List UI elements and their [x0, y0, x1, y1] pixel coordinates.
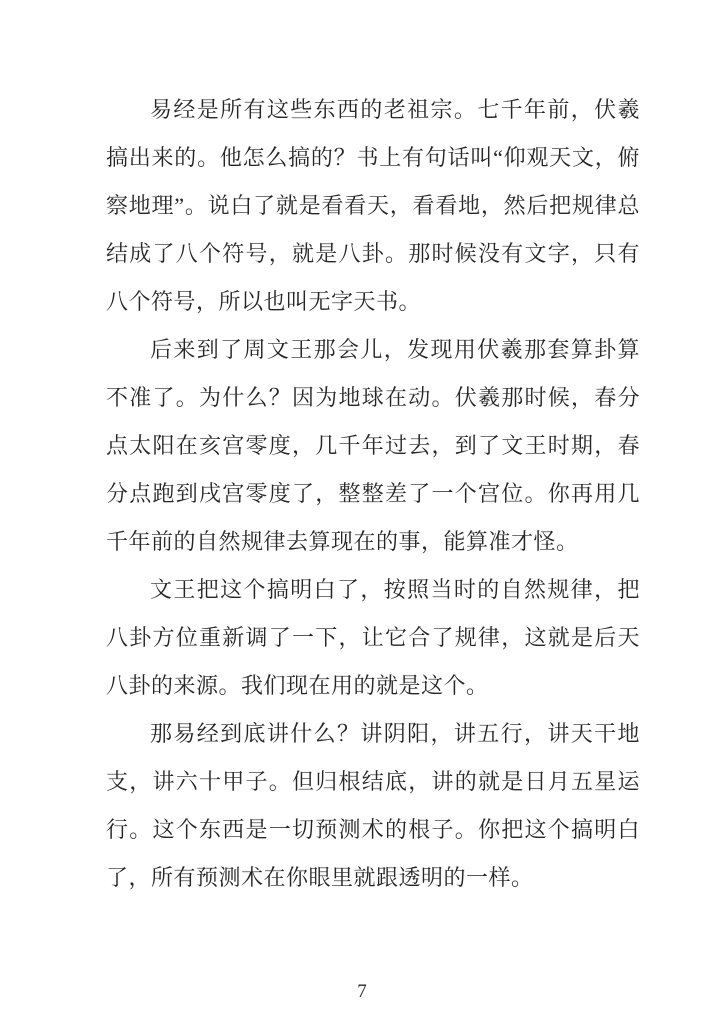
body-paragraph: 那易经到底讲什么？讲阴阳，讲五行，讲天干地支，讲六十甲子。但归根结底，讲的就是日…	[106, 710, 640, 902]
page-text-block: 易经是所有这些东西的老祖宗。七千年前，伏羲搞出来的。他怎么搞的？书上有句话叫“仰…	[106, 86, 640, 902]
page-number: 7	[357, 981, 367, 1002]
page-footer: 7	[0, 980, 724, 1004]
body-paragraph: 文王把这个搞明白了，按照当时的自然规律，把八卦方位重新调了一下，让它合了规律，这…	[106, 566, 640, 710]
document-page: 易经是所有这些东西的老祖宗。七千年前，伏羲搞出来的。他怎么搞的？书上有句话叫“仰…	[0, 0, 724, 1024]
body-paragraph: 后来到了周文王那会儿，发现用伏羲那套算卦算不准了。为什么？因为地球在动。伏羲那时…	[106, 326, 640, 566]
body-paragraph: 易经是所有这些东西的老祖宗。七千年前，伏羲搞出来的。他怎么搞的？书上有句话叫“仰…	[106, 86, 640, 326]
